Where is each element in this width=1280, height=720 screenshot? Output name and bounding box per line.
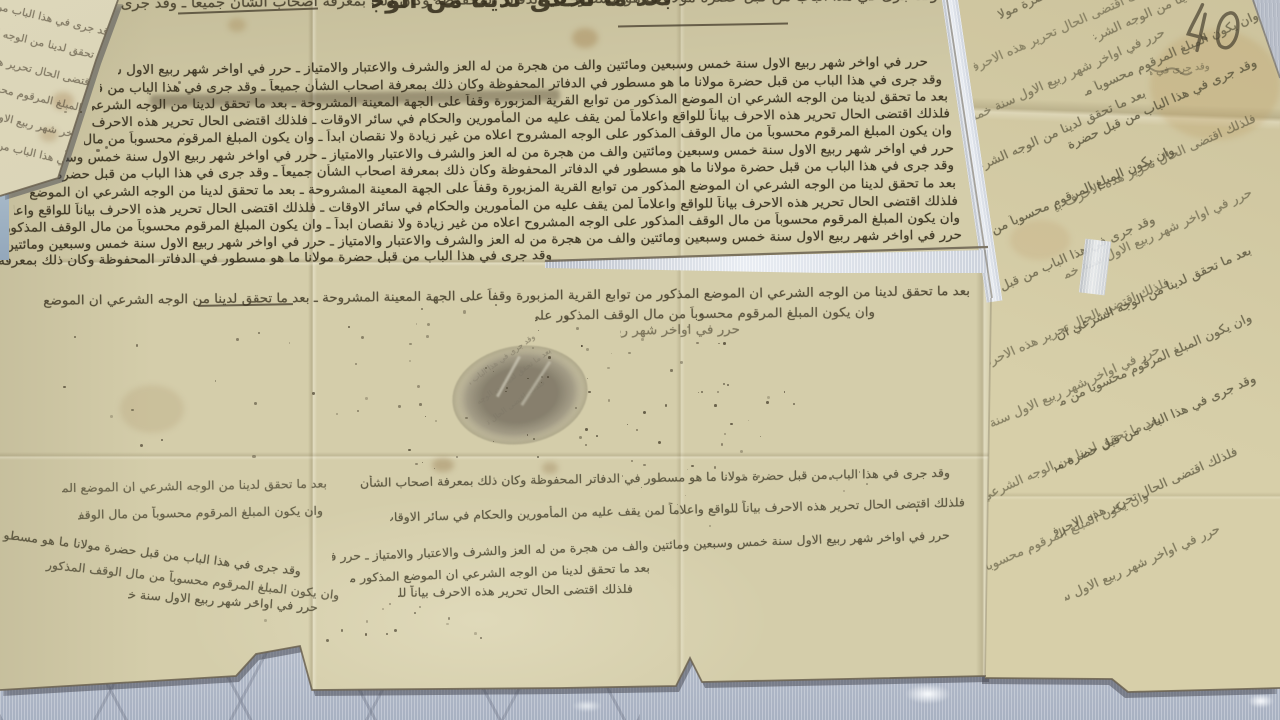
cloth-sparkle [905, 684, 951, 704]
photo-of-manuscripts: وقد جرى في هذا الباب من قبل حضرة مولانا … [0, 0, 1280, 720]
cloth-sparkle [1248, 694, 1274, 708]
seal-scratch [496, 356, 521, 398]
script-line: وقد جرى في هذا الباب من قبل حضرة مولانا … [0, 0, 115, 42]
cloth-sparkle [572, 700, 602, 712]
seal-scratch [520, 361, 551, 406]
